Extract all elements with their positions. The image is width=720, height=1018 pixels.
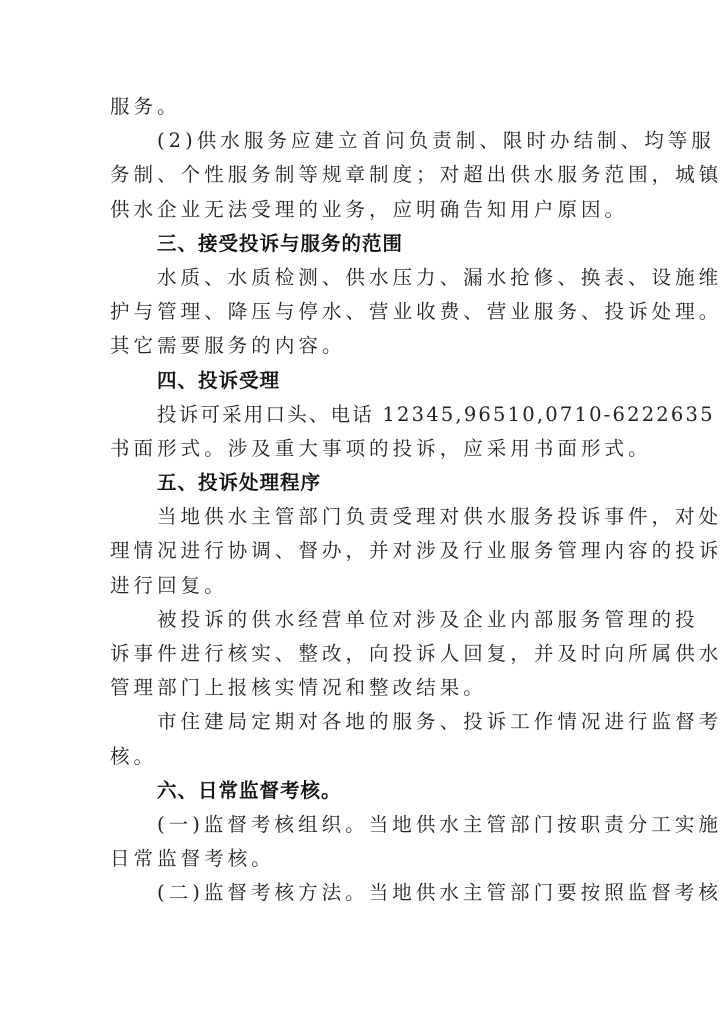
section-heading-6: 六、日常监督考核。 (110, 774, 610, 808)
section-heading-3: 三、接受投诉与服务的范围 (110, 227, 610, 261)
text-line: 核。 (110, 740, 610, 774)
section-heading-4: 四、投诉受理 (110, 364, 610, 398)
text-line: 市住建局定期对各地的服务、投诉工作情况进行监督考 (110, 705, 610, 739)
text-line: 诉事件进行核实、整改，向投诉人回复，并及时向所属供水 (110, 637, 610, 671)
text-line-phone: 投诉可采用口头、电话 12345,96510,0710-6222635 或 (110, 398, 610, 432)
text-line: 日常监督考核。 (110, 842, 610, 876)
text-line: 务制、个性服务制等规章制度；对超出供水服务范围，城镇 (110, 158, 610, 192)
text-line: 被投诉的供水经营单位对涉及企业内部服务管理的投 (110, 603, 610, 637)
text-line: 当地供水主管部门负责受理对供水服务投诉事件，对处 (110, 500, 610, 534)
text-line: 护与管理、降压与停水、营业收费、营业服务、投诉处理。 (110, 295, 610, 329)
text-line: 书面形式。涉及重大事项的投诉，应采用书面形式。 (110, 432, 610, 466)
text-line: 进行回复。 (110, 569, 610, 603)
text-line: (一)监督考核组织。当地供水主管部门按职责分工实施 (110, 808, 610, 842)
text-line: 水质、水质检测、供水压力、漏水抢修、换表、设施维 (110, 261, 610, 295)
text-line: (二)监督考核方法。当地供水主管部门要按照监督考核 (110, 876, 610, 910)
document-page: 服务。 (2)供水服务应建立首问负责制、限时办结制、均等服 务制、个性服务制等规… (110, 90, 610, 911)
text-line: 供水企业无法受理的业务，应明确告知用户原因。 (110, 193, 610, 227)
text-line: (2)供水服务应建立首问负责制、限时办结制、均等服 (110, 124, 610, 158)
text-line: 理情况进行协调、督办，并对涉及行业服务管理内容的投诉 (110, 534, 610, 568)
section-heading-5: 五、投诉处理程序 (110, 466, 610, 500)
text-line: 其它需要服务的内容。 (110, 329, 610, 363)
text-line: 服务。 (110, 90, 610, 124)
text-line: 管理部门上报核实情况和整改结果。 (110, 671, 610, 705)
